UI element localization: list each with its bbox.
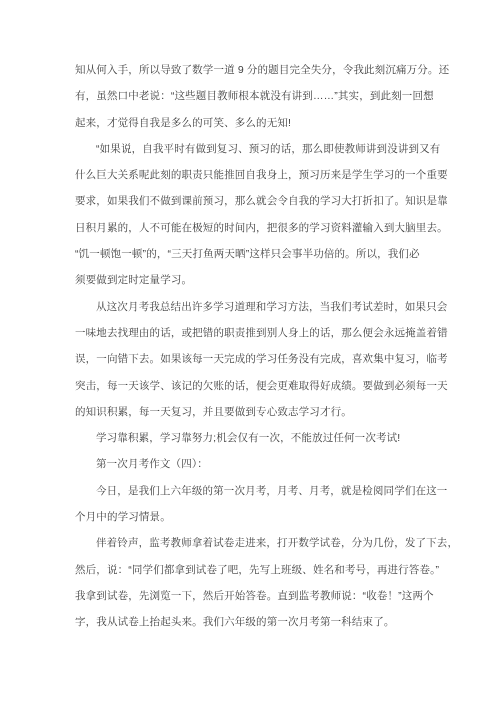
text-line: “如果说，自我平时有做到复习、预习的话，那么即使教师讲到没讲到又有 [75, 136, 435, 162]
text-line: 从这次月考我总结出许多学习道理和学习方法，当我们考试差时，如果只会 [75, 294, 435, 320]
text-line: 起来，才觉得自我是多么的可笑、多么的无知! [75, 110, 435, 136]
text-line: 一味地去找理由的话，或把错的职责推到别人身上的话，那么便会永远掩盖着错 [75, 320, 435, 346]
text-line: 个月中的学习情景。 [75, 504, 435, 530]
text-line: 今日，是我们上六年级的第一次月考，月考、月考，就是检阅同学们在这一 [75, 478, 435, 504]
text-line: 日积月累的，人不可能在极短的时间内，把很多的学习资料灌输入到大脑里去。 [75, 215, 435, 241]
text-line: 突击，每一天该学、该记的欠账的话，便会更难取得好成绩。要做到必须每一天 [75, 373, 435, 399]
text-line: “饥一顿饱一顿”的，“三天打鱼两天晒”这样只会事半功倍的。所以，我们必 [75, 241, 435, 267]
text-line: 第一次月考作文（四）： [75, 451, 435, 477]
text-line: 知从何入手，所以导致了数学一道 9 分的题目完全失分，令我此刻沉痛万分。还 [75, 57, 435, 83]
text-line: 误，一向错下去。如果该每一天完成的学习任务没有完成，喜欢集中复习，临考 [75, 346, 435, 372]
text-line: 然后，说：“同学们都拿到试卷了吧，先写上班级、姓名和考号，再进行答卷。” [75, 557, 435, 583]
text-line: 要求，如果我们不做到课前预习，那么就会令自我的学习大打折扣了。知识是靠 [75, 188, 435, 214]
essay-text-block: 知从何入手，所以导致了数学一道 9 分的题目完全失分，令我此刻沉痛万分。还有，虽… [75, 57, 435, 636]
text-line: 须要做到定时定量学习。 [75, 267, 435, 293]
text-line: 学习靠积累，学习靠努力;机会仅有一次，不能放过任何一次考试! [75, 425, 435, 451]
text-line: 我拿到试卷，先浏览一下，然后开始答卷。直到监考教师说：“收卷！”这两个 [75, 583, 435, 609]
text-line: 什么巨大关系呢此刻的职责只能推回自我身上，预习历来是学生学习的一个重要 [75, 162, 435, 188]
essay-page: 知从何入手，所以导致了数学一道 9 分的题目完全失分，令我此刻沉痛万分。还有，虽… [0, 0, 500, 707]
text-line: 有，虽然口中老说：“这些题目教师根本就没有讲到……”其实，到此刻一回想 [75, 83, 435, 109]
text-line: 伴着铃声，监考教师拿着试卷走进来，打开数学试卷，分为几份，发了下去， [75, 530, 435, 556]
text-line: 的知识积累，每一天复习，并且要做到专心致志学习才行。 [75, 399, 435, 425]
text-line: 字，我从试卷上抬起头来。我们六年级的第一次月考第一科结束了。 [75, 609, 435, 635]
